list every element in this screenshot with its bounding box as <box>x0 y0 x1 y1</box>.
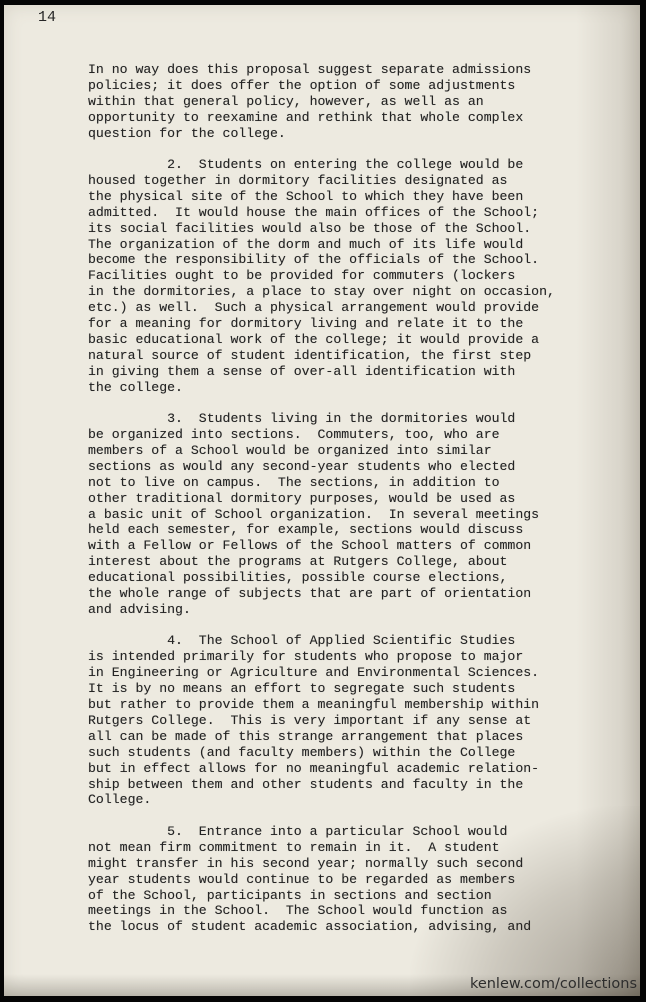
text-line: in the dormitories, a place to stay over… <box>88 284 628 300</box>
paragraph: 5. Entrance into a particular School wou… <box>88 824 628 935</box>
text-line: not to live on campus. The sections, in … <box>88 475 628 491</box>
text-line: opportunity to reexamine and rethink tha… <box>88 110 628 126</box>
text-line: might transfer in his second year; norma… <box>88 856 628 872</box>
watermark: kenlew.com/collections <box>470 976 637 992</box>
text-line: in giving them a sense of over-all ident… <box>88 364 628 380</box>
text-line: the whole range of subjects that are par… <box>88 586 628 602</box>
page-number: 14 <box>38 9 56 26</box>
text-line: College. <box>88 792 628 808</box>
text-line: educational possibilities, possible cour… <box>88 570 628 586</box>
text-line: Facilities ought to be provided for comm… <box>88 268 628 284</box>
text-line: the physical site of the School to which… <box>88 189 628 205</box>
text-line: held each semester, for example, section… <box>88 522 628 538</box>
text-line: all can be made of this strange arrangem… <box>88 729 628 745</box>
text-line: become the responsibility of the officia… <box>88 252 628 268</box>
paragraph: 3. Students living in the dormitories wo… <box>88 411 628 618</box>
paragraph: In no way does this proposal suggest sep… <box>88 62 628 142</box>
text-line: but rather to provide them a meaningful … <box>88 697 628 713</box>
text-line: of the School, participants in sections … <box>88 888 628 904</box>
text-line: a basic unit of School organization. In … <box>88 507 628 523</box>
text-line: question for the college. <box>88 126 628 142</box>
text-line: admitted. It would house the main office… <box>88 205 628 221</box>
text-line: but in effect allows for no meaningful a… <box>88 761 628 777</box>
paragraph: 2. Students on entering the college woul… <box>88 157 628 396</box>
text-line: 5. Entrance into a particular School wou… <box>88 824 628 840</box>
text-line: within that general policy, however, as … <box>88 94 628 110</box>
text-line: natural source of student identification… <box>88 348 628 364</box>
text-line: interest about the programs at Rutgers C… <box>88 554 628 570</box>
text-line: The organization of the dorm and much of… <box>88 237 628 253</box>
text-line: basic educational work of the college; i… <box>88 332 628 348</box>
paragraph: 4. The School of Applied Scientific Stud… <box>88 633 628 808</box>
text-line: meetings in the School. The School would… <box>88 903 628 919</box>
text-line: 2. Students on entering the college woul… <box>88 157 628 173</box>
document-page: 14 In no way does this proposal suggest … <box>4 5 640 996</box>
text-line: is intended primarily for students who p… <box>88 649 628 665</box>
text-line: not mean firm commitment to remain in it… <box>88 840 628 856</box>
text-line: members of a School would be organized i… <box>88 443 628 459</box>
text-line: etc.) as well. Such a physical arrangeme… <box>88 300 628 316</box>
text-line: It is by no means an effort to segregate… <box>88 681 628 697</box>
text-line: and advising. <box>88 602 628 618</box>
text-line: other traditional dormitory purposes, wo… <box>88 491 628 507</box>
text-line: policies; it does offer the option of so… <box>88 78 628 94</box>
text-line: be organized into sections. Commuters, t… <box>88 427 628 443</box>
text-line: housed together in dormitory facilities … <box>88 173 628 189</box>
text-line: year students would continue to be regar… <box>88 872 628 888</box>
text-line: In no way does this proposal suggest sep… <box>88 62 628 78</box>
text-line: in Engineering or Agriculture and Enviro… <box>88 665 628 681</box>
text-line: with a Fellow or Fellows of the School m… <box>88 538 628 554</box>
text-line: the locus of student academic associatio… <box>88 919 628 935</box>
page-body: In no way does this proposal suggest sep… <box>88 62 628 951</box>
text-line: for a meaning for dormitory living and r… <box>88 316 628 332</box>
text-line: 4. The School of Applied Scientific Stud… <box>88 633 628 649</box>
text-line: ship between them and other students and… <box>88 777 628 793</box>
text-line: Rutgers College. This is very important … <box>88 713 628 729</box>
text-line: its social facilities would also be thos… <box>88 221 628 237</box>
text-line: sections as would any second-year studen… <box>88 459 628 475</box>
text-line: 3. Students living in the dormitories wo… <box>88 411 628 427</box>
text-line: such students (and faculty members) with… <box>88 745 628 761</box>
text-line: the college. <box>88 380 628 396</box>
scan-frame: 14 In no way does this proposal suggest … <box>0 0 646 1002</box>
